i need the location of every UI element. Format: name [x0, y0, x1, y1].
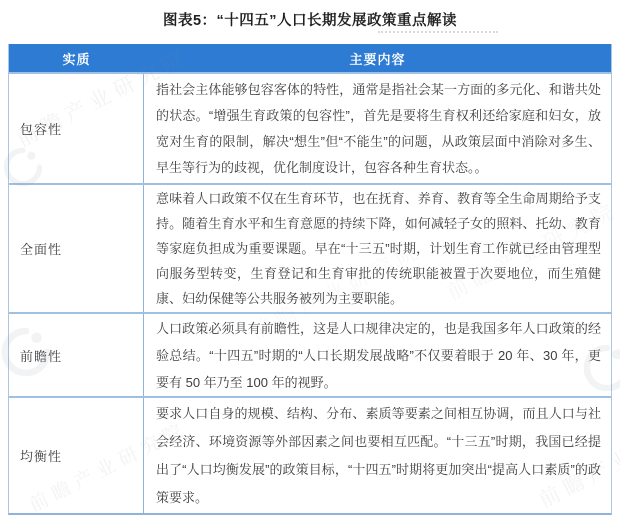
table-row-comprehensiveness: 全面性 意味着人口政策不仅在生育环节，也在抚育、养育、教育等全生命周期给予支持。…: [9, 183, 611, 312]
row-label: 包容性: [9, 74, 144, 183]
row-content-cell: 意味着人口政策不仅在生育环节，也在抚育、养育、教育等全生命周期给予支持。随着生育…: [144, 185, 611, 312]
table-row-forward-looking: 前瞻性 人口政策必须具有前瞻性，这是人口规律决定的，也是我国多年人口政策的经验总…: [9, 312, 611, 396]
column-header-essence: 实质: [9, 44, 144, 72]
column-header-main-content: 主要内容: [144, 44, 611, 72]
table-header-row: 实质 主要内容: [9, 44, 611, 72]
row-label: 全面性: [9, 185, 144, 312]
policy-table: 实质 主要内容 包容性 指社会主体能够包容客体的特性，通常是指社会某一方面的多元…: [8, 44, 612, 515]
row-content-cell: 指社会主体能够包容客体的特性，通常是指社会某一方面的多元化、和谐共处的状态。“增…: [144, 74, 611, 183]
row-label: 前瞻性: [9, 314, 144, 396]
row-content-text: 指社会主体能够包容客体的特性，通常是指社会某一方面的多元化、和谐共处的状态。“增…: [156, 77, 601, 181]
figure-title: 图表5：“十四五”人口长期发展政策重点解读: [0, 9, 620, 30]
row-content-text: 人口政策必须具有前瞻性，这是人口规律决定的，也是我国多年人口政策的经验总结。“十…: [156, 315, 601, 396]
table-row-inclusiveness: 包容性 指社会主体能够包容客体的特性，通常是指社会某一方面的多元化、和谐共处的状…: [9, 72, 611, 183]
row-content-text: 要求人口自身的规模、结构、分布、素质等要素之间相互协调，而且人口与社会经济、环境…: [156, 400, 601, 512]
row-label: 均衡性: [9, 398, 144, 513]
row-content-text: 意味着人口政策不仅在生育环节，也在抚育、养育、教育等全生命周期给予支持。随着生育…: [156, 186, 601, 311]
row-content-cell: 人口政策必须具有前瞻性，这是人口规律决定的，也是我国多年人口政策的经验总结。“十…: [144, 314, 611, 396]
row-content-cell: 要求人口自身的规模、结构、分布、素质等要素之间相互协调，而且人口与社会经济、环境…: [144, 398, 611, 513]
faint-smudge: [378, 31, 498, 36]
table-row-balance: 均衡性 要求人口自身的规模、结构、分布、素质等要素之间相互协调，而且人口与社会经…: [9, 396, 611, 513]
